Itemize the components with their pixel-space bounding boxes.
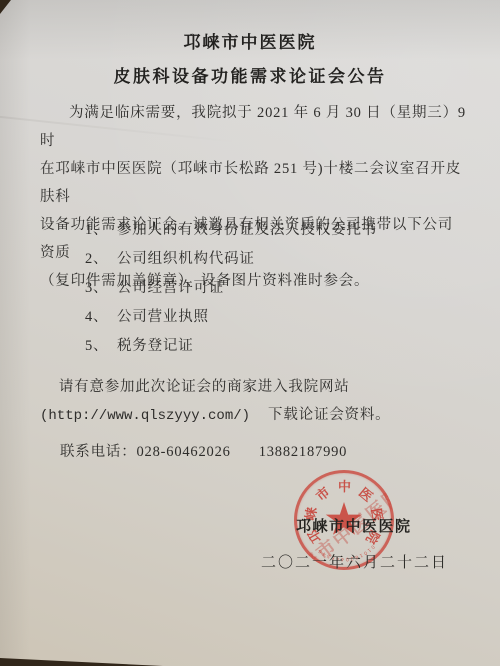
list-item-text: 公司营业执照	[117, 309, 209, 325]
document-date: 二〇二一年六月二十二日	[261, 551, 448, 572]
list-item: 3、公司经营许可证	[85, 274, 460, 303]
list-item: 4、公司营业执照	[85, 303, 460, 332]
download-note: 下载论证会资料。	[268, 407, 390, 423]
list-item-number: 5、	[85, 332, 117, 361]
document-paper: 邛崃市中医医院 皮肤科设备功能需求论证会公告 为满足临床需要，我院拟于 2021…	[0, 0, 500, 666]
list-item-text: 公司经营许可证	[117, 280, 224, 296]
list-item-text: 公司组织机构代码证	[117, 251, 255, 267]
paragraph-line: 请有意参加此次论证会的商家进入我院网站	[40, 373, 466, 401]
list-item: 2、公司组织机构代码证	[85, 245, 460, 274]
list-item: 1、参加人的有效身份证及法人授权委托书	[85, 216, 460, 245]
list-item-text: 税务登记证	[117, 338, 194, 354]
contact-label: 联系电话：	[60, 444, 137, 460]
document-title: 邛崃市中医医院	[0, 28, 500, 53]
list-item-number: 3、	[85, 274, 117, 303]
list-item-number: 2、	[85, 245, 117, 274]
paragraph-line: 在邛崃市中医医院（邛崃市长松路 251 号)十楼二会议室召开皮肤科	[40, 155, 466, 211]
photo-background: { "document": { "title": "邛崃市中医医院", "sub…	[0, 0, 500, 666]
paragraph-line: 为满足临床需要，我院拟于 2021 年 6 月 30 日（星期三）9 时	[40, 99, 466, 155]
website-paragraph: 请有意参加此次论证会的商家进入我院网站 (http://www.qlszyyy.…	[40, 373, 466, 430]
signature-org-name: 邛崃市中医医院	[296, 515, 412, 536]
phone-number-2: 13882187990	[259, 444, 348, 460]
website-url: (http://www.qlszyyy.com/)	[40, 408, 250, 424]
contact-line: 联系电话：028-6046202613882187990	[60, 440, 347, 461]
document-subtitle: 皮肤科设备功能需求论证会公告	[0, 62, 500, 87]
phone-number-1: 028-60462026	[137, 444, 231, 460]
list-item: 5、税务登记证	[85, 332, 460, 361]
list-item-text: 参加人的有效身份证及法人授权委托书	[117, 222, 377, 238]
paragraph-line: (http://www.qlszyyy.com/)下载论证会资料。	[40, 401, 466, 430]
list-item-number: 4、	[85, 303, 117, 332]
list-item-number: 1、	[85, 216, 117, 245]
required-documents-list: 1、参加人的有效身份证及法人授权委托书 2、公司组织机构代码证 3、公司经营许可…	[85, 216, 460, 361]
